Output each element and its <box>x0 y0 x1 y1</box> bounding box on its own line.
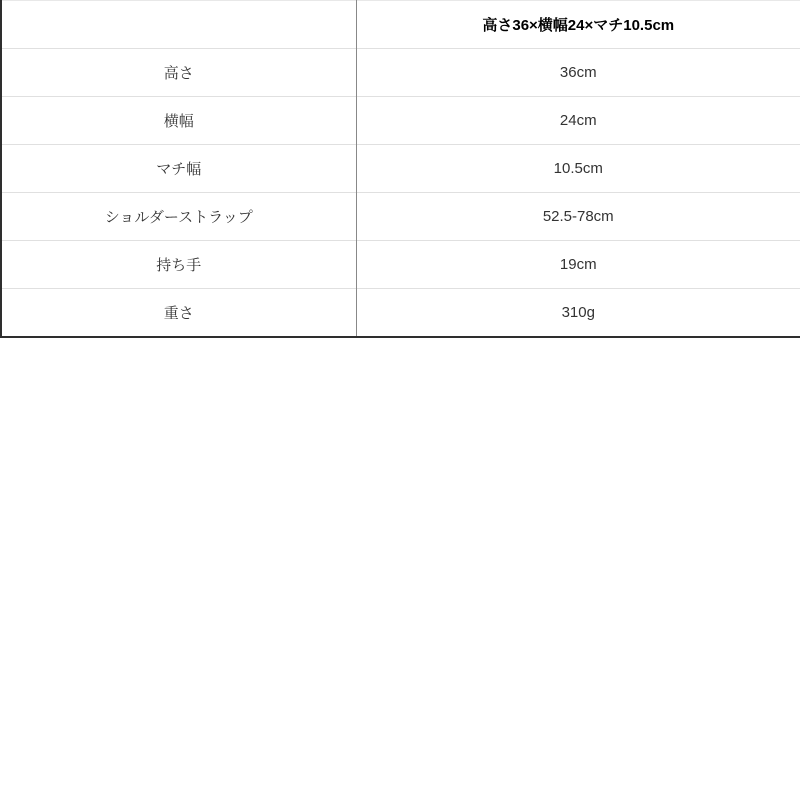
row-label: 横幅 <box>1 97 356 145</box>
row-label: マチ幅 <box>1 145 356 193</box>
row-label: 持ち手 <box>1 241 356 289</box>
spec-table: 高さ36×横幅24×マチ10.5cm 高さ 36cm 横幅 24cm マチ幅 1… <box>0 0 800 338</box>
row-value: 52.5-78cm <box>356 193 800 241</box>
table-row: 横幅 24cm <box>1 97 800 145</box>
row-value: 24cm <box>356 97 800 145</box>
table-row: ショルダーストラップ 52.5-78cm <box>1 193 800 241</box>
row-value: 310g <box>356 289 800 337</box>
header-value-cell: 高さ36×横幅24×マチ10.5cm <box>356 1 800 49</box>
row-label: 重さ <box>1 289 356 337</box>
row-value: 10.5cm <box>356 145 800 193</box>
row-label: 高さ <box>1 49 356 97</box>
row-value: 36cm <box>356 49 800 97</box>
header-label-cell <box>1 1 356 49</box>
table-row: 高さ 36cm <box>1 49 800 97</box>
page: 高さ36×横幅24×マチ10.5cm 高さ 36cm 横幅 24cm マチ幅 1… <box>0 0 800 800</box>
table-row: 持ち手 19cm <box>1 241 800 289</box>
row-value: 19cm <box>356 241 800 289</box>
row-label: ショルダーストラップ <box>1 193 356 241</box>
table-row: 重さ 310g <box>1 289 800 337</box>
table-header-row: 高さ36×横幅24×マチ10.5cm <box>1 1 800 49</box>
table-row: マチ幅 10.5cm <box>1 145 800 193</box>
